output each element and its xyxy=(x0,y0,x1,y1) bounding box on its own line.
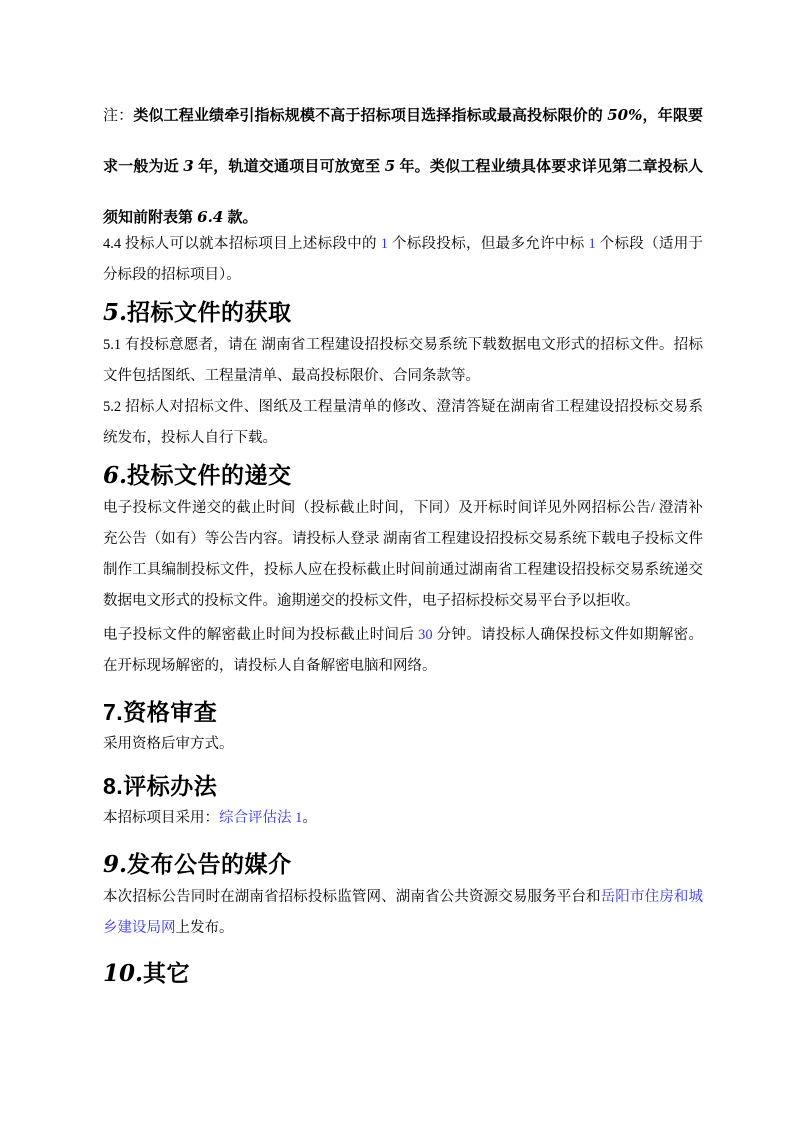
section-9-heading: 9.发布公告的媒介 xyxy=(103,849,703,880)
filled-value-text: 1 xyxy=(588,236,595,252)
text-run: 3 xyxy=(183,157,193,175)
document-page: 注：类似工程业绩牵引指标规模不高于招标项目选择指标或最高投标限价的 50%，年限… xyxy=(0,0,793,1122)
text-run: 8. xyxy=(103,773,123,799)
text-run: 投标文件的递交 xyxy=(127,462,292,488)
text-run: 电子投标文件递交的截止时间（投标截止时间，下同）及开标时间详见外网招标公告/ 澄… xyxy=(103,500,703,609)
text-run: 个标段投标，但最多允许中标 xyxy=(388,236,588,252)
clause-5-1: 5.1 有投标意愿者，请在 湖南省工程建设招投标交易系统下载数据电文形式的招标文… xyxy=(103,330,703,392)
text-run: 其它 xyxy=(143,960,190,986)
text-run: 6. xyxy=(103,462,127,489)
text-run: 评标办法 xyxy=(123,773,217,799)
text-run: 招标文件的获取 xyxy=(127,299,292,325)
section-7-heading: 7.资格审查 xyxy=(103,697,703,727)
note-paragraph: 注：类似工程业绩牵引指标规模不高于招标项目选择指标或最高投标限价的 50%，年限… xyxy=(103,90,703,243)
section-6-paragraph-1: 电子投标文件递交的截止时间（投标截止时间，下同）及开标时间详见外网招标公告/ 澄… xyxy=(103,493,703,617)
filled-value-text: 30 xyxy=(418,627,433,643)
text-run: 款。 xyxy=(223,209,257,226)
text-run: 。 xyxy=(302,810,317,826)
text-run: 年，轨道交通项目可放宽至 xyxy=(194,158,385,175)
section-8-paragraph-1: 本招标项目采用：综合评估法 1。 xyxy=(103,803,703,834)
text-run: 5. xyxy=(103,299,127,326)
text-run: 10. xyxy=(103,960,143,987)
text-run: 50% xyxy=(607,106,642,124)
text-run: 类似工程业绩牵引指标规模不高于招标项目选择指标或最高投标限价的 xyxy=(133,107,607,124)
clause-5-2: 5.2 招标人对招标文件、图纸及工程量清单的修改、澄清答疑在湖南省工程建设招投标… xyxy=(103,392,703,454)
clause-4-4: 4.4 投标人可以就本招标项目上述标段中的 1 个标段投标，但最多允许中标 1 … xyxy=(103,229,703,291)
text-run: 5.1 有投标意愿者，请在 湖南省工程建设招投标交易系统下载数据电文形式的招标文… xyxy=(103,337,703,384)
text-run: 7. xyxy=(103,699,123,725)
text-run: 9. xyxy=(103,851,127,878)
text-run: 资格审查 xyxy=(123,699,217,725)
text-run: 4.4 投标人可以就本招标项目上述标段中的 xyxy=(103,236,381,252)
filled-value-text: 综合评估法 1 xyxy=(219,810,302,826)
section-5-heading: 5.招标文件的获取 xyxy=(103,297,703,328)
text-run: 发布公告的媒介 xyxy=(127,851,292,877)
text-run: 本次招标公告同时在湖南省招标投标监管网、湖南省公共资源交易服务平台和 xyxy=(103,889,601,905)
section-6-paragraph-2: 电子投标文件的解密截止时间为投标截止时间后 30 分钟。请投标人确保投标文件如期… xyxy=(103,620,703,682)
text-run: 注： xyxy=(103,108,133,124)
section-7-paragraph-1: 采用资格后审方式。 xyxy=(103,729,703,760)
section-8-heading: 8.评标办法 xyxy=(103,771,703,801)
text-run: 5.2 招标人对招标文件、图纸及工程量清单的修改、澄清答疑在湖南省工程建设招投标… xyxy=(103,399,703,446)
text-run: 采用资格后审方式。 xyxy=(103,736,234,752)
section-10-heading: 10.其它 xyxy=(103,958,703,989)
text-run: 本招标项目采用： xyxy=(103,810,219,826)
text-run: 5 xyxy=(385,157,395,175)
section-9-paragraph-1: 本次招标公告同时在湖南省招标投标监管网、湖南省公共资源交易服务平台和岳阳市住房和… xyxy=(103,882,703,944)
section-6-heading: 6.投标文件的递交 xyxy=(103,460,703,491)
text-run: 6.4 xyxy=(197,208,223,226)
filled-value-text: 1 xyxy=(381,236,388,252)
text-run: 电子投标文件的解密截止时间为投标截止时间后 xyxy=(103,627,418,643)
text-run: 上发布。 xyxy=(176,920,234,936)
